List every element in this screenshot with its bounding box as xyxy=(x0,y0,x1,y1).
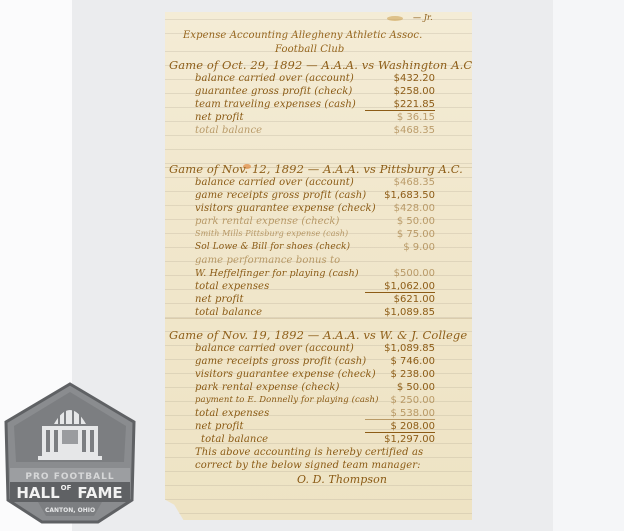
game-2-item-label: W. Heffelfinger for playing (cash) xyxy=(195,268,359,279)
signature: O. D. Thompson xyxy=(297,473,387,486)
game-1-item-label: balance carried over (account) xyxy=(195,73,354,84)
game-2-item-amount: $ 9.00 xyxy=(365,242,435,253)
game-1-item-amount: $468.35 xyxy=(365,125,435,136)
game-2-item-label: game receipts gross profit (cash) xyxy=(195,190,366,201)
game-2-item-amount: $1,089.85 xyxy=(365,307,435,318)
background-right xyxy=(553,0,624,531)
svg-text:OF: OF xyxy=(61,484,72,492)
game-1-heading: Game of Oct. 29, 1892 — A.A.A. vs Washin… xyxy=(169,58,476,72)
game-2-heading: Game of Nov. 12, 1892 — A.A.A. vs Pittsb… xyxy=(169,162,463,176)
game-1-item-label: total balance xyxy=(195,125,262,136)
top-mark: — Jr. xyxy=(413,13,433,22)
game-3-item-label: game receipts gross profit (cash) xyxy=(195,356,366,367)
game-2-item-label: net profit xyxy=(195,294,244,305)
game-3-heading: Game of Nov. 19, 1892 — A.A.A. vs W. & J… xyxy=(169,328,467,342)
game-2-item-amount: $500.00 xyxy=(365,268,435,279)
game-1-item-label: net profit xyxy=(195,112,244,123)
game-3-item-amount: $ 208.00 xyxy=(365,421,435,433)
game-3-item-amount: $1,297.00 xyxy=(365,434,435,445)
game-2-item-amount: $428.00 xyxy=(365,203,435,214)
certification-line2: correct by the below signed team manager… xyxy=(195,460,421,471)
game-2-item-amount: $1,683.50 xyxy=(365,190,435,201)
game-3-item-amount: $ 746.00 xyxy=(365,356,435,367)
game-2-item-label: Sol Lowe & Bill for shoes (check) xyxy=(195,242,350,252)
game-2-item-label: total expenses xyxy=(195,281,269,292)
game-1-item-amount: $ 36.15 xyxy=(365,112,435,123)
game-2-item-label: park rental expense (check) xyxy=(195,216,340,227)
fold-line xyxy=(165,318,472,319)
game-3-item-label: payment to E. Donnelly for playing (cash… xyxy=(195,395,378,405)
game-2-item-amount: $621.00 xyxy=(365,294,435,305)
svg-text:CANTON, OHIO: CANTON, OHIO xyxy=(45,507,95,514)
document-title-line2: Football Club xyxy=(275,44,344,55)
game-2-item-label: game performance bonus to xyxy=(195,255,340,266)
game-1-item-amount: $432.20 xyxy=(365,73,435,84)
game-2-item-label: visitors guarantee expense (check) xyxy=(195,203,376,214)
svg-text:FAME: FAME xyxy=(77,484,122,502)
document-title-line1: Expense Accounting Allegheny Athletic As… xyxy=(183,30,422,41)
game-2-item-label: balance carried over (account) xyxy=(195,177,354,188)
game-3-item-amount: $ 250.00 xyxy=(365,395,435,406)
game-1-item-amount: $258.00 xyxy=(365,86,435,97)
game-2-item-amount: $ 50.00 xyxy=(365,216,435,227)
game-3-item-label: balance carried over (account) xyxy=(195,343,354,354)
game-2-item-label: total balance xyxy=(195,307,262,318)
game-3-item-amount: $ 538.00 xyxy=(365,408,435,420)
game-3-item-label: total expenses xyxy=(195,408,269,419)
game-2-item-amount: $ 75.00 xyxy=(365,229,435,240)
game-1-item-label: guarantee gross profit (check) xyxy=(195,86,352,97)
game-3-item-label: visitors guarantee expense (check) xyxy=(195,369,376,380)
game-2-item-amount: $1,062.00 xyxy=(365,281,435,293)
game-3-item-amount: $ 238.00 xyxy=(365,369,435,380)
svg-text:PRO FOOTBALL: PRO FOOTBALL xyxy=(25,472,114,482)
hall-of-fame-shield-icon: PRO FOOTBALL HALL OF FAME CANTON, OHIO xyxy=(2,382,138,528)
game-3-item-label: net profit xyxy=(195,421,244,432)
game-3-item-amount: $ 50.00 xyxy=(365,382,435,393)
svg-text:HALL: HALL xyxy=(16,484,60,502)
hall-of-fame-logo: PRO FOOTBALL HALL OF FAME CANTON, OHIO xyxy=(2,382,138,528)
game-3-item-amount: $1,089.85 xyxy=(365,343,435,354)
game-3-item-label: total balance xyxy=(201,434,268,445)
ledger-document: — Jr. Expense Accounting Allegheny Athle… xyxy=(165,12,472,520)
game-3-item-label: park rental expense (check) xyxy=(195,382,340,393)
game-2-item-amount: $468.35 xyxy=(365,177,435,188)
certification-line1: This above accounting is hereby certifie… xyxy=(195,447,423,458)
game-2-item-label: Smith Mills Pittsburg expense (cash) xyxy=(195,229,348,238)
game-1-item-label: team traveling expenses (cash) xyxy=(195,99,356,110)
ink-stain xyxy=(387,16,403,21)
game-1-item-amount: $221.85 xyxy=(365,99,435,111)
